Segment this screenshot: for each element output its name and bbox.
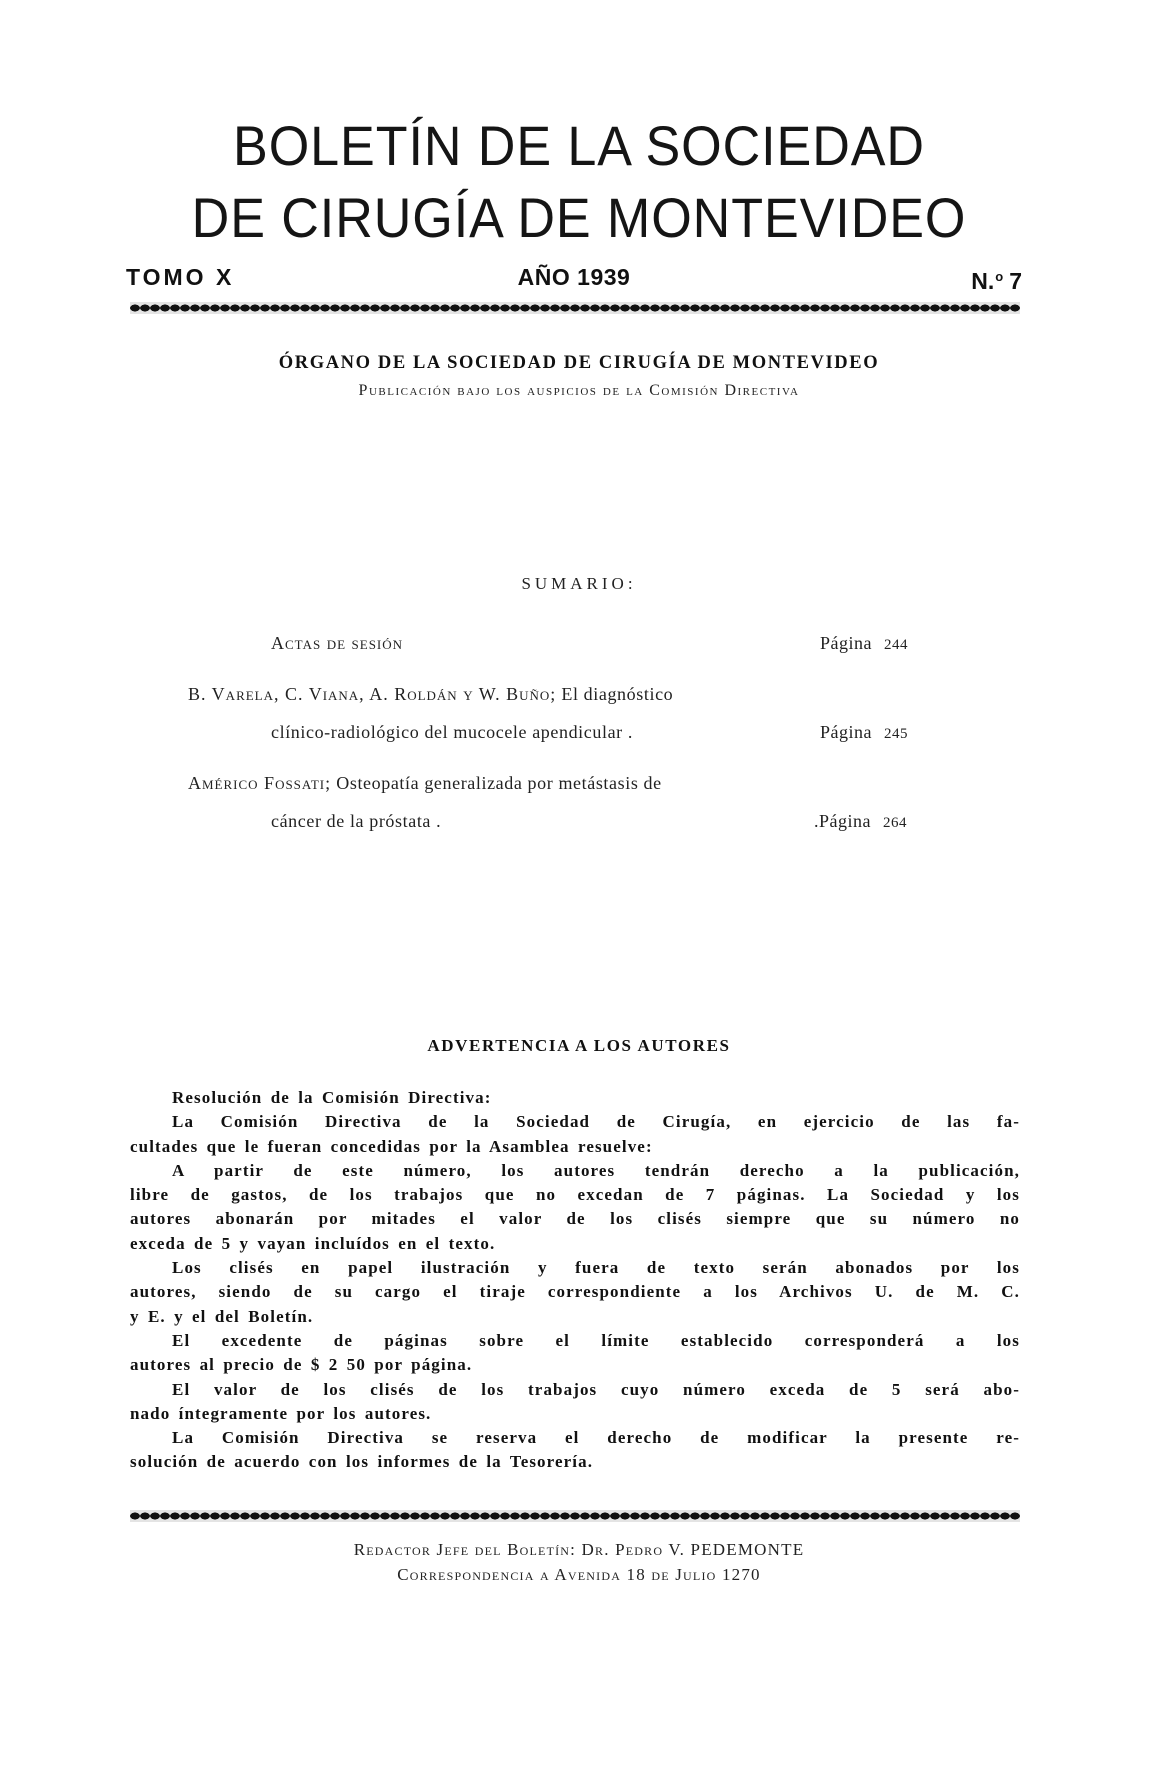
summary-item-1-label: Actas de sesión [271,633,403,653]
page-number: 244 [884,637,908,653]
summary-item-2-line-1: B. Varela, C. Viana, A. Roldán y W. Buño… [188,684,673,705]
summary-item-2-title-1: El diagnóstico [561,684,673,704]
issue-number-ordinal: o [995,269,1003,284]
organ-statement: ÓRGANO DE LA SOCIEDAD DE CIRUGÍA DE MONT… [0,353,1158,374]
issue-number: N.o7 [971,262,1022,296]
notice-line-15: solución de acuerdo con los informes de … [130,1450,1020,1474]
notice-line-8: autores, siendo de su cargo el tiraje co… [130,1280,1020,1304]
page-label: Página [820,633,872,653]
ornamental-rule-bottom [130,1510,1020,1522]
page-label: Página [820,722,872,742]
summary-item-3-page: .Página264 [814,811,907,832]
notice-line-9: y E. y el del Boletín. [130,1305,1020,1329]
notice-line-3: A partir de este número, los autores ten… [172,1159,1020,1183]
notice-line-4: libre de gastos, de los trabajos que no … [130,1183,1020,1207]
summary-item-2-authors: B. Varela, C. Viana, A. Roldán y W. Buño… [188,684,556,704]
summary-item-3-line-2: cáncer de la próstata . [271,811,441,832]
summary-item-3-authors: Américo Fossati; [188,773,331,793]
summary-item-3-title-2: cáncer de la próstata . [271,811,441,831]
year-label: AÑO 1939 [126,262,1022,292]
notice-line-1: La Comisión Directiva de la Sociedad de … [172,1110,1020,1134]
notice-line-14: La Comisión Directiva se reserva el dere… [172,1426,1020,1450]
notice-heading: ADVERTENCIA A LOS AUTORES [0,1036,1158,1056]
page-number: 264 [883,815,907,831]
notice-line-13: nado íntegramente por los autores. [130,1402,1020,1426]
issue-number-prefix: N. [971,268,994,294]
resolution-heading: Resolución de la Comisión Directiva: [172,1086,1020,1110]
summary-item-2-line-2: clínico-radiológico del mucocele apendic… [271,722,633,743]
publication-note: Publicación bajo los auspicios de la Com… [0,382,1158,400]
notice-line-5: autores abonarán por mitades el valor de… [130,1207,1020,1231]
page-label: .Página [814,811,871,831]
editor-credit: Redactor Jefe del Boletín: Dr. Pedro V. … [0,1540,1158,1560]
notice-body: Resolución de la Comisión Directiva: La … [172,1086,1020,1475]
summary-item-2-title-2: clínico-radiológico del mucocele apendic… [271,722,633,742]
summary-item-3-line-1: Américo Fossati; Osteopatía generalizada… [188,773,662,794]
correspondence-address: Correspondencia a Avenida 18 de Julio 12… [0,1565,1158,1585]
notice-line-6: exceda de 5 y vayan incluídos en el text… [130,1232,1020,1256]
summary-item-3-title-1: Osteopatía generalizada por metástasis d… [336,773,661,793]
notice-line-7: Los clisés en papel ilustración y fuera … [172,1256,1020,1280]
ornamental-rule-top [130,302,1020,314]
issue-number-value: 7 [1009,268,1022,294]
notice-line-10: El excedente de páginas sobre el límite … [172,1329,1020,1353]
journal-title-line-1: BOLETÍN DE LA SOCIEDAD [41,114,1118,178]
summary-item-2-page: Página245 [820,722,908,743]
notice-line-11: autores al precio de $ 2 50 por página. [130,1353,1020,1377]
journal-title-line-2: DE CIRUGÍA DE MONTEVIDEO [41,186,1118,250]
issue-info-row: TOMO X AÑO 1939 N.o7 [126,262,1022,292]
notice-line-12: El valor de los clisés de los trabajos c… [172,1378,1020,1402]
summary-heading: SUMARIO: [0,574,1158,594]
summary-item-1-page: Página244 [820,633,908,654]
notice-line-2: cultades que le fueran concedidas por la… [130,1135,1020,1159]
summary-item-1-title: Actas de sesión [271,633,403,654]
page-number: 245 [884,726,908,742]
